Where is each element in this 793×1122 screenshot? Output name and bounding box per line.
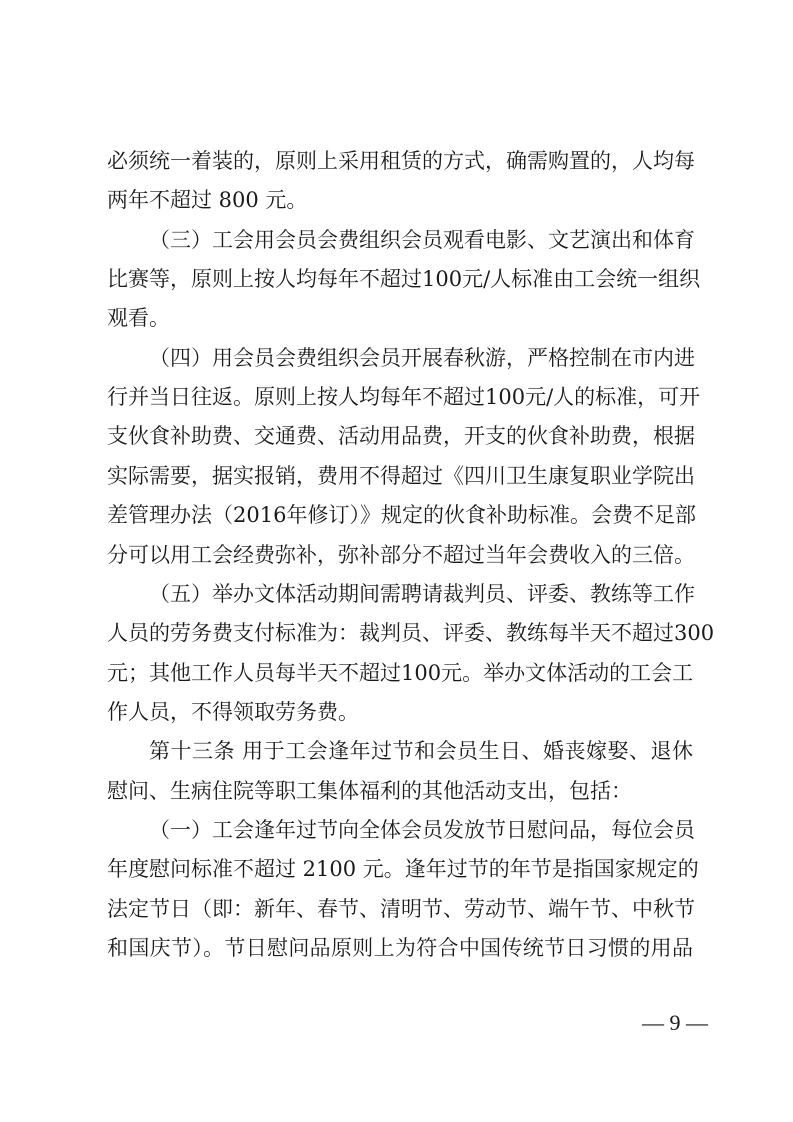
text-line: 和国庆节）。节日慰问品原则上为符合中国传统节日习惯的用品 [107,933,693,963]
text-line: （一）工会逢年过节向全体会员发放节日慰问品，每位会员 [149,815,693,845]
text-line: 比赛等，原则上按人均每年不超过100元/人标准由工会统一组织 [107,264,693,294]
text-line: 年度慰问标准不超过 2100 元。逢年过节的年节是指国家规定的 [107,854,693,884]
text-line: （四）用会员会费组织会员开展春秋游，严格控制在市内进 [149,343,693,373]
text-line: 法定节日（即：新年、春节、清明节、劳动节、端午节、中秋节 [107,894,693,924]
text-line: 差管理办法（2016年修订）》规定的伙食补助标准。会费不足部 [107,500,693,530]
text-line: 必须统一着装的，原则上采用租赁的方式，确需购置的，人均每 [107,146,693,176]
text-line: 实际需要，据实报销，费用不得超过《四川卫生康复职业学院出 [107,461,693,491]
text-line: 行并当日往返。原则上按人均每年不超过100元/人的标准，可开 [107,382,693,412]
text-line: 第十三条 用于工会逢年过节和会员生日、婚丧嫁娶、退休 [149,736,693,766]
text-line: （五）举办文体活动期间需聘请裁判员、评委、教练等工作 [149,579,693,609]
text-line: 人员的劳务费支付标准为：裁判员、评委、教练每半天不超过300 [107,618,693,648]
page-number: — 9 — [630,1008,720,1038]
text-line: （三）工会用会员会费组织会员观看电影、文艺演出和体育 [149,225,693,255]
text-line: 支伙食补助费、交通费、活动用品费，开支的伙食补助费，根据 [107,421,693,451]
text-line: 元；其他工作人员每半天不超过100元。举办文体活动的工会工 [107,658,693,688]
text-line: 两年不超过 800 元。 [107,185,693,215]
text-line: 作人员，不得领取劳务费。 [107,697,693,727]
text-line: 观看。 [107,303,693,333]
document-page: 必须统一着装的，原则上采用租赁的方式，确需购置的，人均每 两年不超过 800 元… [0,0,793,1122]
text-line: 慰问、生病住院等职工集体福利的其他活动支出，包括： [107,776,693,806]
text-line: 分可以用工会经费弥补，弥补部分不超过当年会费收入的三倍。 [107,540,693,570]
